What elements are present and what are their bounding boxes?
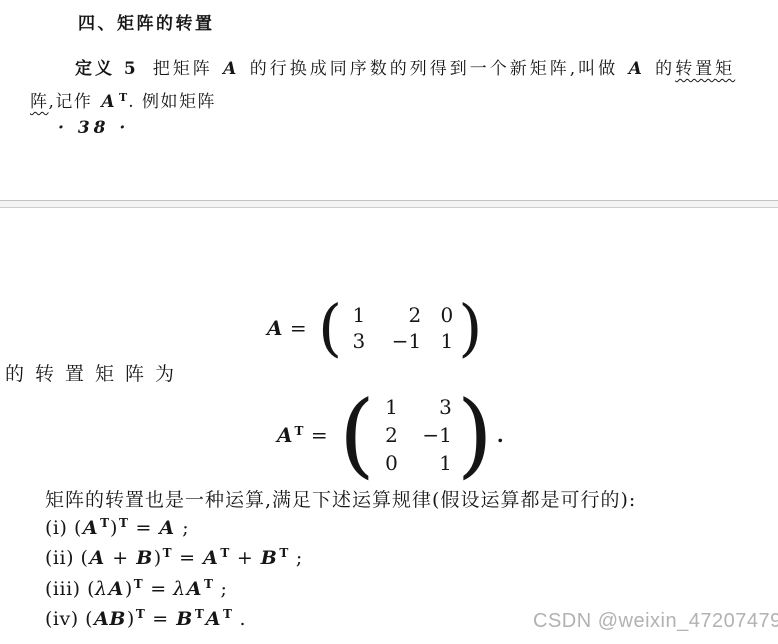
open-paren-fence: ( bbox=[339, 389, 375, 481]
formula-token: T bbox=[295, 424, 304, 438]
formula-token: λ bbox=[173, 578, 186, 600]
matrix-cell: 1 bbox=[347, 303, 365, 327]
watermark: CSDN @weixin_47207479 bbox=[533, 610, 778, 633]
formula-token: A bbox=[158, 517, 175, 539]
formula-token: = bbox=[144, 578, 174, 600]
formula-token: λ bbox=[95, 578, 108, 600]
matrix-cell: 1 bbox=[421, 329, 453, 353]
definition-text: . 例如矩阵 bbox=[128, 92, 216, 112]
close-paren-fence: ) bbox=[457, 389, 493, 481]
definition-label: 定义 5 bbox=[75, 59, 139, 79]
definition-text: 把矩阵 bbox=[153, 59, 221, 79]
matrix-symbol-a: A bbox=[221, 59, 241, 79]
open-paren-fence: ( bbox=[318, 297, 342, 359]
formula-token: AB bbox=[93, 608, 127, 630]
matrix-a: 1203−11 bbox=[342, 303, 458, 353]
formula-token: T bbox=[100, 516, 109, 530]
equation-matrix-a: A = ( 1203−11 ) bbox=[266, 297, 482, 359]
formula-token: (iv) ( bbox=[45, 608, 93, 630]
matrix-symbol-a: A bbox=[627, 59, 647, 79]
formula-token: T bbox=[204, 577, 213, 591]
matrix-cell: 3 bbox=[398, 394, 452, 420]
formula-token: + bbox=[230, 547, 260, 569]
formula-token: ) bbox=[110, 517, 118, 539]
formula-token: T bbox=[134, 577, 143, 591]
formula-token: T bbox=[195, 607, 204, 621]
formula-token: = bbox=[173, 547, 203, 569]
formula-token: ) bbox=[154, 547, 162, 569]
matrix-cell: 2 bbox=[365, 303, 421, 327]
matrix-cell: 0 bbox=[380, 450, 398, 476]
formula-token: = bbox=[284, 316, 313, 340]
section-heading: 四、矩阵的转置 bbox=[78, 9, 215, 34]
matrix-symbol-a: A bbox=[99, 92, 118, 112]
matrix-cell: 2 bbox=[380, 422, 398, 448]
properties-intro: 矩阵的转置也是一种运算,满足下述运算规律(假设运算都是可行的): bbox=[45, 485, 636, 512]
matrix-a-transpose: 132−101 bbox=[375, 394, 457, 476]
matrix-cell: −1 bbox=[398, 422, 452, 448]
formula-token: A bbox=[82, 517, 99, 539]
definition-text: 的 bbox=[647, 59, 675, 79]
formula-token: (ii) ( bbox=[45, 547, 88, 569]
formula-token: + bbox=[106, 547, 136, 569]
matrix-cell: −1 bbox=[365, 329, 421, 353]
formula-token: = bbox=[304, 423, 333, 447]
formula-token: T bbox=[136, 607, 145, 621]
formula-token: B bbox=[260, 547, 279, 569]
matrix-cell: 1 bbox=[380, 394, 398, 420]
formula-token: ) bbox=[125, 578, 133, 600]
equation-period: . bbox=[497, 423, 504, 447]
property-item-iv: (iv) (AB)T = BTAT . bbox=[45, 607, 246, 630]
formula-token: A bbox=[276, 423, 294, 447]
formula-token: (i) ( bbox=[45, 517, 82, 539]
property-item-iii: (iii) (λA)T = λAT ; bbox=[45, 577, 227, 600]
definition-line-1: 定义 5把矩阵 A 的行换成同序数的列得到一个新矩阵,叫做 A 的转置矩 bbox=[75, 54, 735, 79]
matrix-cell: 0 bbox=[421, 303, 453, 327]
definition-text: ,记作 bbox=[49, 92, 100, 112]
formula-token: A bbox=[88, 547, 105, 569]
property-item-ii: (ii) (A + B)T = AT + BT ; bbox=[45, 546, 303, 569]
formula-token: (iii) ( bbox=[45, 578, 95, 600]
definition-line-2: 阵,记作 AT. 例如矩阵 bbox=[30, 87, 216, 112]
formula-token: ; bbox=[289, 547, 302, 569]
formula-token: ) bbox=[127, 608, 135, 630]
page-separator bbox=[0, 200, 778, 208]
matrix-cell: 3 bbox=[347, 329, 365, 353]
formula-token: T bbox=[119, 516, 128, 530]
formula-token: ; bbox=[214, 578, 227, 600]
formula-token: T bbox=[163, 546, 172, 560]
term-transpose-wavy: 阵 bbox=[30, 92, 49, 112]
transpose-superscript: T bbox=[119, 91, 127, 104]
formula-token: A bbox=[205, 608, 222, 630]
equation-lhs: A = bbox=[266, 316, 313, 340]
document-page: { "colors": { "background": "#ffffff", "… bbox=[0, 0, 778, 644]
equation-matrix-a-transpose: AT = ( 132−101 ) . bbox=[276, 389, 504, 481]
property-item-i: (i) (AT)T = A ; bbox=[45, 516, 189, 539]
formula-token: A bbox=[186, 578, 203, 600]
formula-token: = bbox=[146, 608, 176, 630]
matrix-cell: 1 bbox=[398, 450, 452, 476]
term-transpose-wavy: 转置矩 bbox=[675, 59, 735, 79]
formula-token: A bbox=[202, 547, 219, 569]
definition-text: 的行换成同序数的列得到一个新矩阵,叫做 bbox=[241, 59, 626, 79]
formula-token: B bbox=[135, 547, 154, 569]
page-number: · 38 · bbox=[58, 118, 129, 138]
formula-token: T bbox=[220, 546, 229, 560]
equation-lhs: AT = bbox=[276, 423, 334, 447]
formula-token: T bbox=[279, 546, 288, 560]
formula-token: = bbox=[129, 517, 159, 539]
formula-token: . bbox=[233, 608, 246, 630]
close-paren-fence: ) bbox=[458, 297, 482, 359]
formula-token: A bbox=[108, 578, 125, 600]
formula-token: ; bbox=[176, 517, 189, 539]
transition-text: 的转置矩阵为 bbox=[5, 359, 185, 386]
formula-token: A bbox=[266, 316, 284, 340]
formula-token: B bbox=[175, 608, 194, 630]
formula-token: T bbox=[223, 607, 232, 621]
